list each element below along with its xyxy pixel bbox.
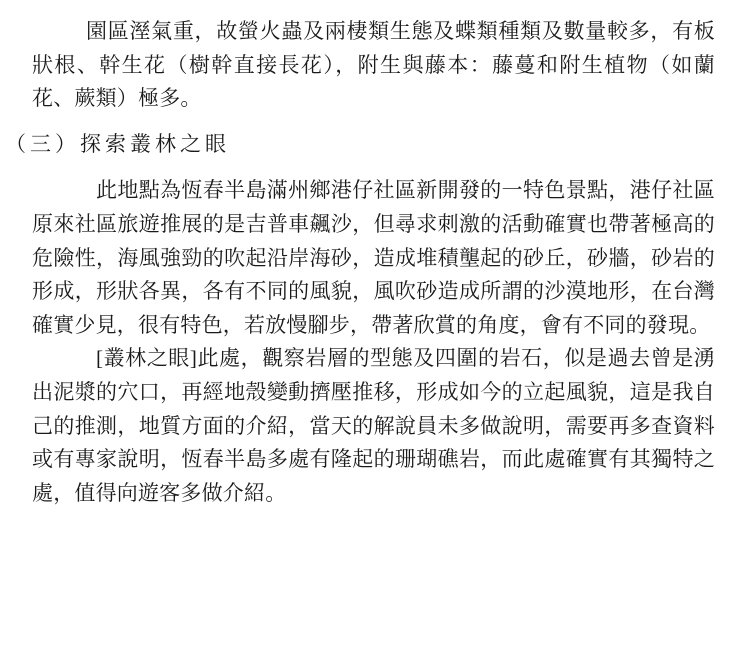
document-page: 園區溼氣重，故螢火蟲及兩棲類生態及蝶類種類及數量較多，有板狀根、幹生花（樹幹直接… bbox=[0, 0, 743, 653]
paragraph-jungle-eye-observation: [叢林之眼]此處，觀察岩層的型態及四圍的岩石，似是過去曾是湧出泥漿的穴口，再經地… bbox=[32, 342, 715, 510]
section-heading-jungle-eye: （三）探索叢林之眼 bbox=[5, 128, 715, 162]
paragraph-jungle-eye-intro: 此地點為恆春半島滿州鄉港仔社區新開發的一特色景點，港仔社區原來社區旅遊推展的是吉… bbox=[32, 174, 715, 342]
paragraph-park-ecology: 園區溼氣重，故螢火蟲及兩棲類生態及蝶類種類及數量較多，有板狀根、幹生花（樹幹直接… bbox=[32, 15, 715, 116]
